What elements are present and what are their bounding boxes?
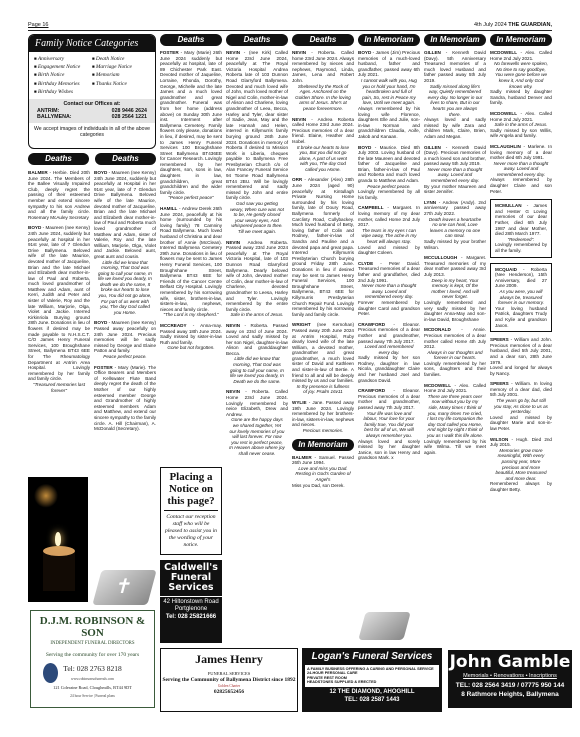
bible-icon	[358, 612, 411, 640]
notice-entry: MCDOWELL - Alex. Called Home 2nd July 20…	[490, 111, 552, 139]
notice-entry: BOYD - Maureen (nee Kenny) 24th June 202…	[94, 170, 156, 315]
notice-name: BOYD	[358, 145, 371, 150]
notice-text: MCQUAID - Roberta (Nee Henderson), 15th …	[495, 267, 547, 289]
notice-text: NEVIN Andrea Roberta. Passed away 23rd J…	[226, 240, 288, 313]
notice-text: MCDONALD - Annie. Precious memories of a…	[424, 327, 486, 349]
john-gamble-ad: John Gamble Memorials • Renovations • In…	[448, 650, 572, 708]
notice-text: WILSON - Hugh. Died 2nd July 2015.	[490, 437, 552, 448]
memoriam-banner: In Memoriam	[424, 34, 486, 46]
notice-tail: Miss you Dad, son Derek.	[292, 483, 354, 489]
notice-verse: The tears in my eyes I can wipe away, Th…	[358, 228, 420, 245]
notice-name: NEVIN	[292, 117, 306, 122]
notice-name: CLYDE	[358, 261, 373, 266]
notice-verse: "Treasured memories last forever"	[28, 382, 90, 393]
notice-name: MCLAUGHLIN	[490, 144, 521, 149]
notice-entry: CRAWFORD - Eleanor. Precious memories of…	[358, 388, 420, 461]
notice-text: MCDOWELL - Alex. Called Home 2nd July 20…	[490, 50, 552, 61]
notice-name: WRIGHT	[292, 322, 311, 327]
category-list: AnniversaryDeath NoticeEngagement Notice…	[29, 52, 155, 99]
column-1: BALMER - Herbie. Died 20th June 2024. Th…	[28, 170, 90, 398]
ad-serving: Serving the Community of Ballymena Distr…	[161, 677, 297, 684]
notice-text: MCCREADY - Anna-may. Passed away 18th Ju…	[160, 323, 222, 345]
notice-tail: Lovingly remembered by all the family.	[495, 242, 547, 253]
notice-name: GILLEN	[424, 145, 441, 150]
ad-tel: TEL: 028 2587 1443	[302, 697, 442, 704]
notice-verse: Safe in the arms of Jesus.	[226, 312, 288, 318]
notice-tail: Always remembered by daughter Claire and…	[490, 177, 552, 194]
column-4: DeathsNEVIN - (nee Kirk) Called Home 23r…	[226, 34, 288, 462]
notice-tail: Lovingly remembered by her sons, daughte…	[424, 361, 486, 378]
notice-name: FOSTER	[160, 50, 179, 55]
column-7: In MemoriamGILLEN - Kenneth David (Davy)…	[424, 34, 486, 460]
placing-body: Contact our reception staff who will be …	[161, 511, 221, 552]
deaths-banner: Deaths	[226, 34, 288, 46]
notice-text: GILLEN - Kenneth David (Davy). 5th Anniv…	[424, 50, 486, 84]
notice-verse: No farewells were spoken, No time to say…	[490, 61, 552, 89]
column-5: DeathsNEVIN - Roberta. Called home 23rd …	[292, 34, 354, 493]
notice-entry: MCCREADY - Anna-may. Passed away 18th Ju…	[160, 323, 222, 351]
category-item: Thanks Notice	[92, 80, 150, 88]
notice-tail: Always loved and sadly missed by wife Za…	[424, 117, 486, 139]
notice-tail: Loved and missed by daughter Marie and s…	[490, 415, 552, 432]
notice-name: MCCULLOUGH	[424, 255, 457, 260]
notice-entry: MCDOWELL - Alex. Called Home 2nd July 20…	[424, 383, 486, 456]
notice-verse: Never more than a thought away. Loved an…	[490, 161, 552, 178]
notice-text: FOSTER - Mary (Marie). The Office Bearer…	[94, 365, 156, 432]
memoriam-banner: In Memoriam	[292, 439, 354, 451]
notice-entry: SPEERS - William. In loving memory of a …	[490, 381, 552, 431]
ad-phone: 02825652456	[161, 689, 297, 695]
notice-name: ORR	[292, 177, 302, 182]
notice-name: BOYD	[94, 320, 107, 325]
notice-name: MCQUAID	[495, 267, 517, 272]
notice-name: BOYD	[28, 225, 41, 230]
ad-name: D.J.M. ROBINSON & SON	[31, 615, 154, 639]
notice-entry: NEVIN - Andrea Roberta called Home 23rd …	[292, 117, 354, 173]
notice-entry: NEVIN Andrea Roberta. Passed away 23rd J…	[226, 240, 288, 318]
notice-tail: Always remembered by his loving wife Flo…	[358, 106, 420, 140]
notice-verse: Sheltered by the Rock of Ages. Anchored …	[292, 84, 354, 112]
notice-entry: ORR - Alexander (Alex) 28th June 2024 (a…	[292, 177, 354, 317]
ad-name: Caldwell's Funeral Services	[160, 560, 222, 593]
notice-name: CRAWFORD	[358, 388, 385, 393]
ad-services: A FAMILY BUSINESS OFFERING A CARING AND …	[305, 665, 439, 687]
ad-name: Logan's Funeral Services	[302, 648, 442, 665]
notice-entry: NEVIN - Roberta. Called home 23rd June 2…	[292, 50, 354, 112]
notice-verse: Sadly missed along life's way, Quietly r…	[424, 84, 486, 118]
notice-entry: MCDOWELL - Alex. Called Home 2nd July 20…	[490, 50, 552, 106]
logan-ad: Logan's Funeral Services A FAMILY BUSINE…	[302, 648, 442, 712]
notice-name: HAMILL	[160, 206, 177, 211]
robinson-ad: D.J.M. ROBINSON & SON INDEPENDENT FUNERA…	[30, 610, 155, 708]
category-item: Death Notice	[92, 55, 150, 63]
notice-text: MCMULLAN - James and Hester G Loving mem…	[495, 203, 547, 237]
notice-text: BALMER - Herbie. Died 20th June 2024. Th…	[28, 170, 90, 220]
notice-entry: NEVIN - Roberta. Passed away on 23rd of …	[226, 323, 288, 385]
notice-entry: GILLEN - Kenneth David (Davy). Precious …	[424, 145, 486, 195]
notice-name: WYLIE	[292, 400, 307, 405]
notice-text: MCCULLOUGH - Margaret. Treasured memorie…	[424, 255, 486, 277]
paper-name: THE GUARDIAN,	[508, 22, 552, 28]
notice-verse: God saw you getting weary, When cure was…	[226, 201, 288, 235]
notice-tail: Loved and longed for always by Nancy.	[490, 365, 552, 376]
notice-text: BOYD - James (Jim) Precious memories of …	[358, 50, 420, 78]
notice-text: ORR - Alexander (Alex) 28th June 2024 (a…	[292, 177, 354, 317]
ad-charter: Golden Charter	[161, 684, 297, 688]
ad-name: James Henry	[161, 652, 297, 667]
james-henry-ad: James Henry FUNERAL SERVICES Serving the…	[160, 648, 298, 712]
notice-tail: Lovingly remembered and very sadly misse…	[424, 300, 486, 322]
notice-text: LYNN - Andrew (Andy). 2nd anniversary pa…	[424, 200, 486, 217]
memoriam-banner: In Memoriam	[358, 34, 420, 46]
notice-text: BOYD - Maureen (nee Kenny) Passed away p…	[94, 320, 156, 354]
notice-name: GILLEN	[424, 50, 441, 55]
notice-name: MCDOWELL	[424, 383, 451, 388]
notice-text: MCDOWELL - Alex. Called Home 2nd July 20…	[424, 383, 486, 394]
ad-name: John Gamble	[448, 652, 572, 672]
memoriam-banner: In Memoriam	[490, 34, 552, 46]
notice-text: BOYD - Maureen (nee Kenny) 24th June 202…	[94, 170, 156, 260]
notice-tail: Sadly missed by your brother Wilson.	[424, 239, 486, 250]
category-item: Birth Notice	[34, 71, 92, 79]
notice-text: HAMILL - Andrew Derek 26th June 2024, pe…	[160, 206, 222, 312]
notice-entry: NEVIN - (nee Kirk) Called Home 23rd June…	[226, 50, 288, 235]
notice-entry: MCDONALD - Annie. Precious memories of a…	[424, 327, 486, 377]
notice-entry: NEVIN - Roberta. Called Home 23rd June 2…	[226, 389, 288, 456]
deaths-banners: Deaths Deaths	[28, 153, 156, 169]
notice-tail: Sadly missed by son Willis, wife Angela …	[490, 128, 552, 139]
notice-verse: It broke our hearts to lose you, But you…	[292, 145, 354, 173]
candle-image	[28, 477, 88, 602]
notice-entry: SPEERS - William and John. Precious memo…	[490, 337, 552, 376]
notice-name: BALMER	[28, 170, 48, 175]
notice-entry: BOYD - Maureen (nee Kenny) Passed away p…	[94, 320, 156, 359]
notice-verse: I cannot walk with you, Hug you or hold …	[358, 78, 420, 106]
notice-name: NEVIN	[226, 323, 240, 328]
ad-tel: Tel: 028 25821666	[160, 614, 222, 620]
bible-icon	[92, 570, 156, 605]
notice-name: MCDONALD	[424, 327, 451, 332]
column-3: DeathsFOSTER - Mary (Marie) 26th June 20…	[160, 34, 222, 356]
notice-name: LYNN	[424, 200, 436, 205]
notice-tail: Your loving husband Patrick, daughters T…	[495, 306, 547, 328]
notice-text: SPEERS - William. In loving memory of a …	[490, 381, 552, 398]
notice-tail: Sadly missed by her son Rodney, daughter…	[358, 355, 420, 383]
notice-tail: By your mother Maureen and sister Jennif…	[424, 184, 486, 195]
notice-verse: Loved and remembered every day.	[358, 344, 420, 355]
column-2: BOYD - Maureen (nee Kenny) 24th June 202…	[94, 170, 156, 437]
categories-title: Family Notice Categories	[29, 35, 155, 52]
contact-offices: Contact our Offices at: ANTRIM:028 9446 …	[29, 99, 155, 123]
column-8: In MemoriamMCDOWELL - Alex. Called Home …	[490, 34, 552, 498]
office-name: BALLYMENA:	[37, 114, 72, 121]
ad-address: 121 Coleraine Road, Cloughmills, BT44 9D…	[31, 685, 154, 690]
notice-entry: MCMULLAN - James and Hester G Loving mem…	[490, 199, 552, 257]
notice-name: NEVIN	[226, 50, 240, 55]
notice-text: SPEERS - William and John. Precious memo…	[490, 337, 552, 365]
category-item: Anniversary	[34, 55, 92, 63]
category-item: Birthday Memories	[34, 80, 92, 88]
service-item: HEADSTONES SUPPLIED & ERECTED	[307, 680, 437, 684]
notice-tail: Always loved and sorely missed by her da…	[358, 439, 420, 461]
notice-name: SPEERS	[490, 337, 509, 342]
notice-entry: MCLAUGHLIN - Marlene. In loving memory o…	[490, 144, 552, 194]
placing-notice-box: Placing a Notice on this page? Contact o…	[160, 467, 222, 555]
notice-name: NEVIN	[292, 50, 306, 55]
ad-services: Memorials • Renovations • Inscriptions	[448, 673, 572, 679]
category-item: Memoriam	[92, 71, 150, 79]
notice-verse: The years go by, but still you stay, As …	[490, 398, 552, 415]
ad-sub: FUNERAL SERVICES	[161, 671, 297, 676]
notice-entry: CLYDE - Peter David. Treasured memories …	[358, 261, 420, 317]
notice-text: MCDOWELL - Alex. Called Home 2nd July 20…	[490, 111, 552, 122]
notice-entry: HAMILL - Andrew Derek 26th June 2024, pe…	[160, 206, 222, 318]
notice-text: GILLEN - Kenneth David (Davy). Precious …	[424, 145, 486, 167]
header-rule	[28, 30, 552, 31]
notice-verse: Memories grow more meaningful, With ever…	[490, 448, 552, 482]
notice-entry: WILSON - Hugh. Died 2nd July 2015.Memori…	[490, 437, 552, 493]
notice-entry: BALMER - Samuel. Passed 26th June 1994.L…	[292, 455, 354, 489]
notice-verse: There are three years over now without y…	[424, 394, 486, 439]
family-notice-categories: Family Notice Categories AnniversaryDeat…	[28, 34, 156, 149]
notice-text: BALMER - Samuel. Passed 26th June 1994.	[292, 455, 354, 466]
page-number: Page 16	[28, 22, 49, 28]
ad-sub: INDEPENDENT FUNERAL DIRECTORS	[31, 641, 154, 646]
category-item: Marriage Notice	[92, 63, 150, 71]
notice-text: FOSTER - Mary (Marie) 26th June 2024 sud…	[160, 50, 222, 195]
notice-name: CAMPBELL	[358, 205, 384, 210]
notice-name: SPEERS	[490, 381, 509, 386]
notice-name: BOYD	[358, 50, 371, 55]
notice-verse: Always in our thoughts and forever in ou…	[424, 350, 486, 361]
office-ballymena: BALLYMENA:028 2564 1221	[37, 114, 147, 121]
notice-entry: FOSTER - Mary (Marie) 26th June 2024 sud…	[160, 50, 222, 201]
notice-tail: Lovingly remembered by all his family.	[358, 189, 420, 200]
notice-text: MCLAUGHLIN - Marlene. In loving memory o…	[490, 144, 552, 161]
notice-text: CRAWFORD - Eleanor. Precious memories of…	[358, 388, 420, 410]
masthead: 4th July 2024 THE GUARDIAN,	[474, 22, 552, 28]
notice-verse: Gone are the happy days we shared togeth…	[226, 417, 288, 456]
notice-tail: Forever remembered by daughter Carol and…	[358, 300, 420, 317]
notice-entry: CAMPBELL - Margaret. In loving memory of…	[358, 205, 420, 255]
notice-verse: Little did we know that morning, That Go…	[226, 356, 288, 384]
notice-verse: Your life was love and labour, Your love…	[358, 411, 420, 439]
column-6: In MemoriamBOYD - James (Jim) Precious m…	[358, 34, 420, 466]
notice-entry: BOYD - James (Jim) Precious memories of …	[358, 50, 420, 140]
ad-address: 12 THE DIAMOND, AHOGHILL	[302, 689, 442, 696]
deaths-banner: Deaths	[160, 34, 222, 46]
notice-name: CRAWFORD	[358, 322, 385, 327]
notice-entry: BALMER - Herbie. Died 20th June 2024. Th…	[28, 170, 90, 220]
notice-verse: Deep in my heart, Your memory is kept, O…	[424, 278, 486, 300]
notice-verse: "The Lord is my shepherd."	[160, 312, 222, 318]
notice-text: NEVIN - Roberta. Called Home 23rd June 2…	[226, 389, 288, 417]
notice-text: WYLIE - Jane. Passed away 19th June 2024…	[292, 400, 354, 428]
ad-serving: Serving the community for over 170 years	[31, 652, 154, 658]
notice-entry: BOYD - Maureen (nee Kenny) 24th June 202…	[28, 225, 90, 393]
notice-entry: WYLIE - Jane. Passed away 19th June 2024…	[292, 400, 354, 434]
notice-name: NEVIN	[226, 240, 240, 245]
notice-text: BOYD - Maureen (nee Kenny) 24th June 202…	[28, 225, 90, 382]
notice-entry: MCCULLOUGH - Margaret. Treasured memorie…	[424, 255, 486, 322]
notice-text: WRIGHT (nee Kernohan) Passed away 20th J…	[292, 322, 354, 384]
notice-verse: Love and miss you Dad. Resting in God's …	[292, 466, 354, 483]
placing-title: Placing a Notice on this page?	[164, 468, 218, 511]
notice-name: MCDOWELL	[490, 111, 517, 116]
notice-tail: Sadly missed by daughter Sandra, husband…	[490, 89, 552, 106]
notice-verse: "Peace perfect peace"	[160, 195, 222, 201]
ad-address: 8 Rathmore Heights, Ballymena	[448, 691, 572, 698]
notice-entry: GILLEN - Kenneth David (Davy). 5th Anniv…	[424, 50, 486, 140]
notice-verse: Peace perfect peace.	[94, 354, 156, 360]
notice-entry: WRIGHT (nee Kernohan) Passed away 20th J…	[292, 322, 354, 395]
notice-name: MCDOWELL	[490, 50, 517, 55]
ad-hours: 24 hour Service | Funeral plans	[31, 694, 154, 698]
notice-name: WILSON	[490, 437, 508, 442]
notice-text: CRAWFORD - Eleanor. Precious memories of…	[358, 322, 420, 344]
notice-tail: Remembered always by daughter Betty.	[490, 481, 552, 492]
notice-text: CLYDE - Peter David. Treasured memories …	[358, 261, 420, 283]
deaths-banner: Deaths	[292, 34, 354, 46]
notice-verse: In thy presence is fullness of joy. Psal…	[292, 384, 354, 395]
notice-text: NEVIN - Andrea Roberta called Home 23rd …	[292, 117, 354, 145]
notice-verse: Precious memories.	[292, 428, 354, 434]
notice-name: MCMULLAN	[495, 203, 522, 208]
notice-text: NEVIN - Roberta. Passed away on 23rd of …	[226, 323, 288, 357]
category-item: Engagement Notice	[34, 63, 92, 71]
notice-verse: Safe in the arms of Jesus.	[490, 122, 552, 128]
notice-entry: MCQUAID - Roberta (Nee Henderson), 15th …	[490, 263, 552, 333]
notice-entry: BOYD - Maurice. Died 8th July 2003. Lovi…	[358, 145, 420, 201]
notice-entry: FOSTER - Mary (Marie). The Office Bearer…	[94, 365, 156, 432]
notice-name: MCCREADY	[160, 323, 187, 328]
notice-text: NEVIN - Roberta. Called home 23rd June 2…	[292, 50, 354, 84]
ad-address: 42 Hiltonstown Road Portglenone	[160, 596, 222, 612]
notice-entry: LYNN - Andrew (Andy). 2nd anniversary pa…	[424, 200, 486, 250]
notice-text: BOYD - Maurice. Died 8th July 2003. Lovi…	[358, 145, 420, 184]
images-note: We accept images of individuals in all o…	[29, 123, 155, 141]
notice-name: FOSTER	[94, 365, 113, 370]
category-item: Birthday Wishes	[34, 88, 92, 96]
notice-verse: Gone but not forgotten.	[160, 345, 222, 351]
notice-text: CAMPBELL - Margaret. In loving memory of…	[358, 205, 420, 227]
notice-tail: Loved and missed by daughter Coleen.	[358, 245, 420, 256]
deaths-banner: Deaths	[28, 153, 89, 165]
notice-name: BOYD	[94, 170, 107, 175]
notice-verse: Never more than a thought away. Loved an…	[424, 167, 486, 184]
notice-verse: Little did we know that morning, That Go…	[94, 260, 156, 316]
notice-name: BALMER	[292, 455, 312, 460]
notice-text: NEVIN - (nee Kirk) Called Home 23rd June…	[226, 50, 288, 201]
crest-icon	[43, 663, 58, 683]
notice-tail: Lovingly remembered by his wife Wilma. T…	[424, 439, 486, 456]
notice-verse: Death leaves a heartache no one can heal…	[424, 217, 486, 239]
ad-tel: TEL: 028 2564 3419 / 07775 950 144	[448, 682, 572, 689]
notice-entry: CRAWFORD - Eleanor. Precious memories of…	[358, 322, 420, 384]
notice-verse: Never more than a thought away. Loved an…	[358, 283, 420, 300]
caldwell-ad: Caldwell's Funeral Services 42 Hiltonsto…	[160, 560, 222, 643]
office-phone: 028 2564 1221	[112, 114, 147, 121]
notice-name: NEVIN	[226, 389, 240, 394]
deaths-banner: Deaths	[95, 153, 156, 165]
notice-verse: As you were, you will always be, treasur…	[495, 289, 547, 306]
issue-date: 4th July 2024	[474, 22, 507, 28]
